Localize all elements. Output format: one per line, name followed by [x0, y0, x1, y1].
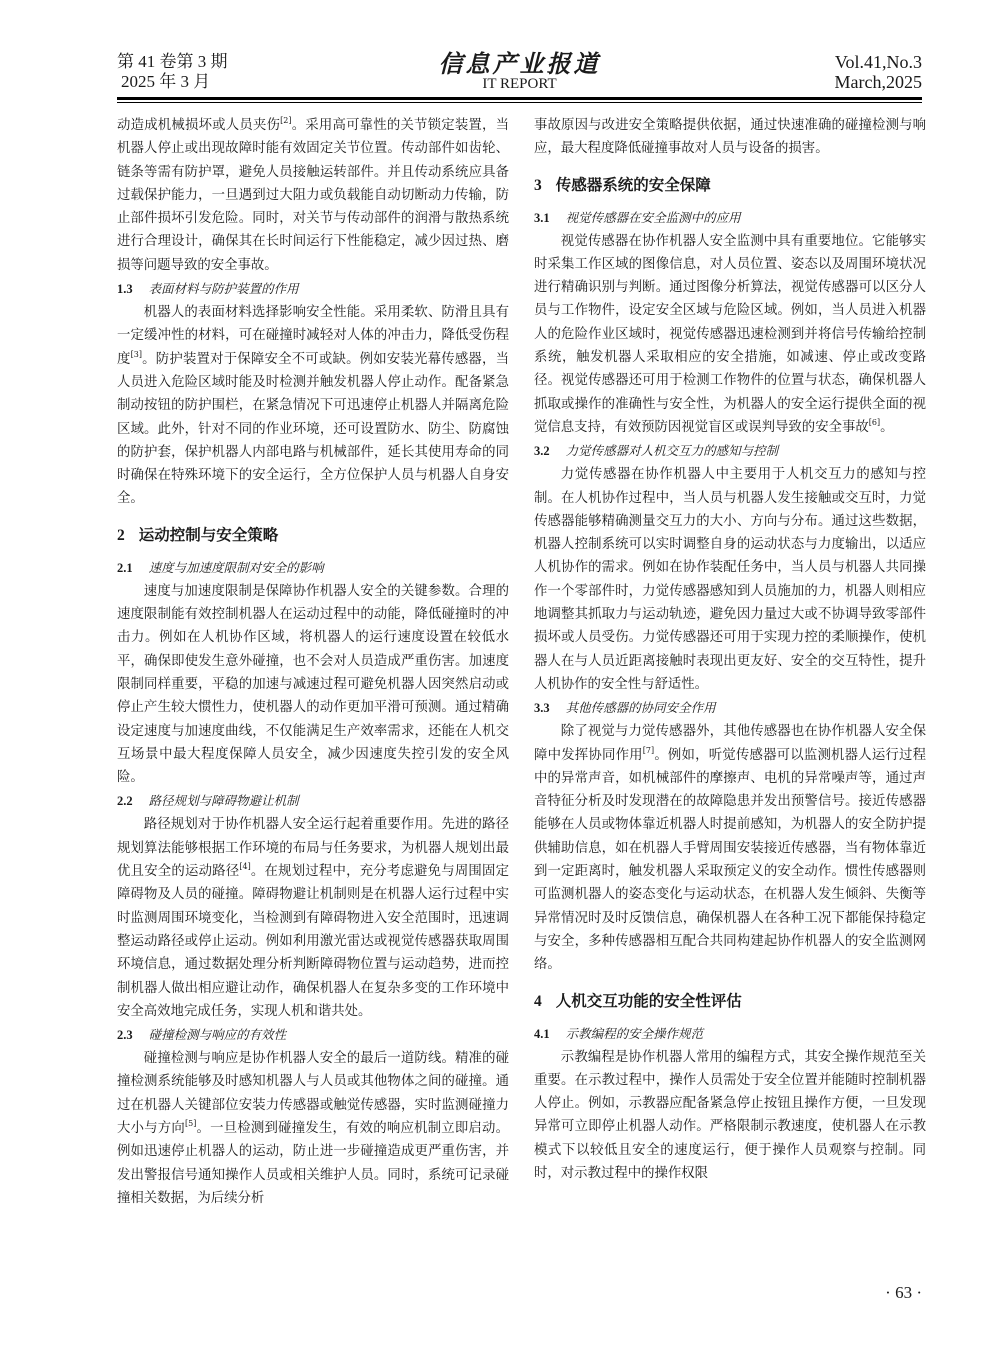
section-number: 3.2 — [534, 444, 550, 458]
header-rule-thick — [117, 97, 922, 100]
subsection-heading-2-3: 2.3碰撞检测与响应的有效性 — [117, 1023, 509, 1047]
section-title: 示教编程的安全操作规范 — [566, 1026, 704, 1041]
section-title: 人机交互功能的安全性评估 — [556, 992, 742, 1010]
citation: [6] — [869, 418, 880, 427]
page-number: · 63 · — [885, 1283, 922, 1303]
section-heading-4: 4人机交互功能的安全性评估 — [534, 989, 926, 1014]
paragraph-text: 。防护装置对于保障安全不可或缺。例如安装光幕传感器，当人员进入危险区域时能及时检… — [117, 352, 509, 507]
section-number: 2 — [117, 527, 125, 544]
paragraph-text: 。在规划过程中，充分考虑避免与周围固定障碍物及人员的碰撞。障碍物避让机制则是在机… — [117, 864, 509, 1019]
citation: [5] — [185, 1119, 196, 1128]
subsection-heading-3-1: 3.1视觉传感器在安全监测中的应用 — [534, 206, 926, 230]
section-number: 3 — [534, 177, 542, 194]
paragraph-text: 。例如，听觉传感器可以监测机器人运行过程中的异常声音，如机械部件的摩擦声、电机的… — [534, 748, 926, 973]
section-title: 视觉传感器在安全监测中的应用 — [566, 210, 741, 225]
section-title: 碰撞检测与响应的有效性 — [149, 1027, 287, 1042]
paragraph: 示教编程是协作机器人常用的编程方式，其安全操作规范至关重要。在示教过程中，操作人… — [534, 1046, 926, 1186]
citation: [7] — [643, 746, 654, 755]
section-title: 速度与加速度限制对安全的影响 — [149, 560, 324, 575]
section-number: 4.1 — [534, 1027, 550, 1041]
journal-masthead: 信息产业报道 IT REPORT — [117, 52, 922, 93]
citation: [2] — [280, 116, 291, 125]
subsection-heading-2-2: 2.2路径规划与障碍物避让机制 — [117, 789, 509, 813]
paragraph: 事故原因与改进安全策略提供依据，通过快速准确的碰撞检测与响应，最大程度降低碰撞事… — [534, 114, 926, 161]
subsection-heading-3-3: 3.3其他传感器的协同安全作用 — [534, 696, 926, 720]
section-number: 2.3 — [117, 1028, 133, 1042]
running-header: 第 41 卷第 3 期 2025 年 3 月 信息产业报道 IT REPORT … — [117, 52, 922, 102]
paragraph-text: 动造成机械损坏或人员夹伤 — [117, 118, 280, 133]
header-rule-thin — [117, 102, 922, 103]
journal-name-en: IT REPORT — [117, 76, 922, 93]
section-number: 1.3 — [117, 282, 133, 296]
paragraph-text: 。 — [880, 420, 893, 435]
subsection-heading-3-2: 3.2力觉传感器对人机交互力的感知与控制 — [534, 439, 926, 463]
section-number: 2.2 — [117, 794, 133, 808]
paragraph: 视觉传感器在协作机器人安全监测中具有重要地位。它能够实时采集工作区域的图像信息，… — [534, 230, 926, 440]
date-en: March,2025 — [835, 72, 922, 92]
section-heading-3: 3传感器系统的安全保障 — [534, 173, 926, 198]
subsection-heading-4-1: 4.1示教编程的安全操作规范 — [534, 1022, 926, 1046]
subsection-heading-1-3: 1.3表面材料与防护装置的作用 — [117, 277, 509, 301]
section-number: 4 — [534, 993, 542, 1010]
paragraph: 除了视觉与力觉传感器外，其他传感器也在协作机器人安全保障中发挥协同作用[7]。例… — [534, 720, 926, 976]
paragraph-text: 力觉传感器在协作机器人中主要用于人机交互力的感知与控制。在人机协作过程中，当人员… — [534, 467, 926, 692]
right-column: 事故原因与改进安全策略提供依据，通过快速准确的碰撞检测与响应，最大程度降低碰撞事… — [534, 114, 926, 1185]
volume-issue-en: Vol.41,No.3 — [835, 52, 922, 72]
section-title: 运动控制与安全策略 — [139, 526, 279, 544]
paragraph: 速度与加速度限制是保障协作机器人安全的关键参数。合理的速度限制能有效控制机器人在… — [117, 580, 509, 790]
paragraph: 路径规划对于协作机器人安全运行起着重要作用。先进的路径规划算法能够根据工作环境的… — [117, 813, 509, 1023]
paragraph: 碰撞检测与响应是协作机器人安全的最后一道防线。精准的碰撞检测系统能够及时感知机器… — [117, 1047, 509, 1210]
section-number: 2.1 — [117, 561, 133, 575]
section-heading-2: 2运动控制与安全策略 — [117, 523, 509, 548]
section-title: 力觉传感器对人机交互力的感知与控制 — [566, 443, 779, 458]
paragraph: 动造成机械损坏或人员夹伤[2]。采用高可靠性的关节锁定装置，当机器人停止或出现故… — [117, 114, 509, 277]
paragraph-text: 示教编程是协作机器人常用的编程方式，其安全操作规范至关重要。在示教过程中，操作人… — [534, 1050, 926, 1181]
section-number: 3.3 — [534, 701, 550, 715]
journal-logo: 信息产业报道 — [117, 52, 922, 76]
section-title: 其他传感器的协同安全作用 — [566, 700, 716, 715]
section-title: 传感器系统的安全保障 — [556, 176, 711, 194]
paragraph-text: 。采用高可靠性的关节锁定装置，当机器人停止或出现故障时能有效固定关节位置。传动部… — [117, 118, 509, 273]
paragraph-text: 速度与加速度限制是保障协作机器人安全的关键参数。合理的速度限制能有效控制机器人在… — [117, 584, 509, 785]
citation: [4] — [239, 862, 250, 871]
section-title: 路径规划与障碍物避让机制 — [149, 793, 299, 808]
section-title: 表面材料与防护装置的作用 — [149, 281, 299, 296]
paragraph: 力觉传感器在协作机器人中主要用于人机交互力的感知与控制。在人机协作过程中，当人员… — [534, 463, 926, 696]
paragraph-text: 视觉传感器在协作机器人安全监测中具有重要地位。它能够实时采集工作区域的图像信息，… — [534, 234, 926, 435]
subsection-heading-2-1: 2.1速度与加速度限制对安全的影响 — [117, 556, 509, 580]
paragraph-text: 事故原因与改进安全策略提供依据，通过快速准确的碰撞检测与响应，最大程度降低碰撞事… — [534, 118, 926, 156]
citation: [3] — [131, 350, 142, 359]
paragraph: 机器人的表面材料选择影响安全性能。采用柔软、防滑且具有一定缓冲性的材料，可在碰撞… — [117, 301, 509, 511]
issue-info-en: Vol.41,No.3 March,2025 — [835, 52, 922, 92]
section-number: 3.1 — [534, 211, 550, 225]
left-column: 动造成机械损坏或人员夹伤[2]。采用高可靠性的关节锁定装置，当机器人停止或出现故… — [117, 114, 509, 1210]
